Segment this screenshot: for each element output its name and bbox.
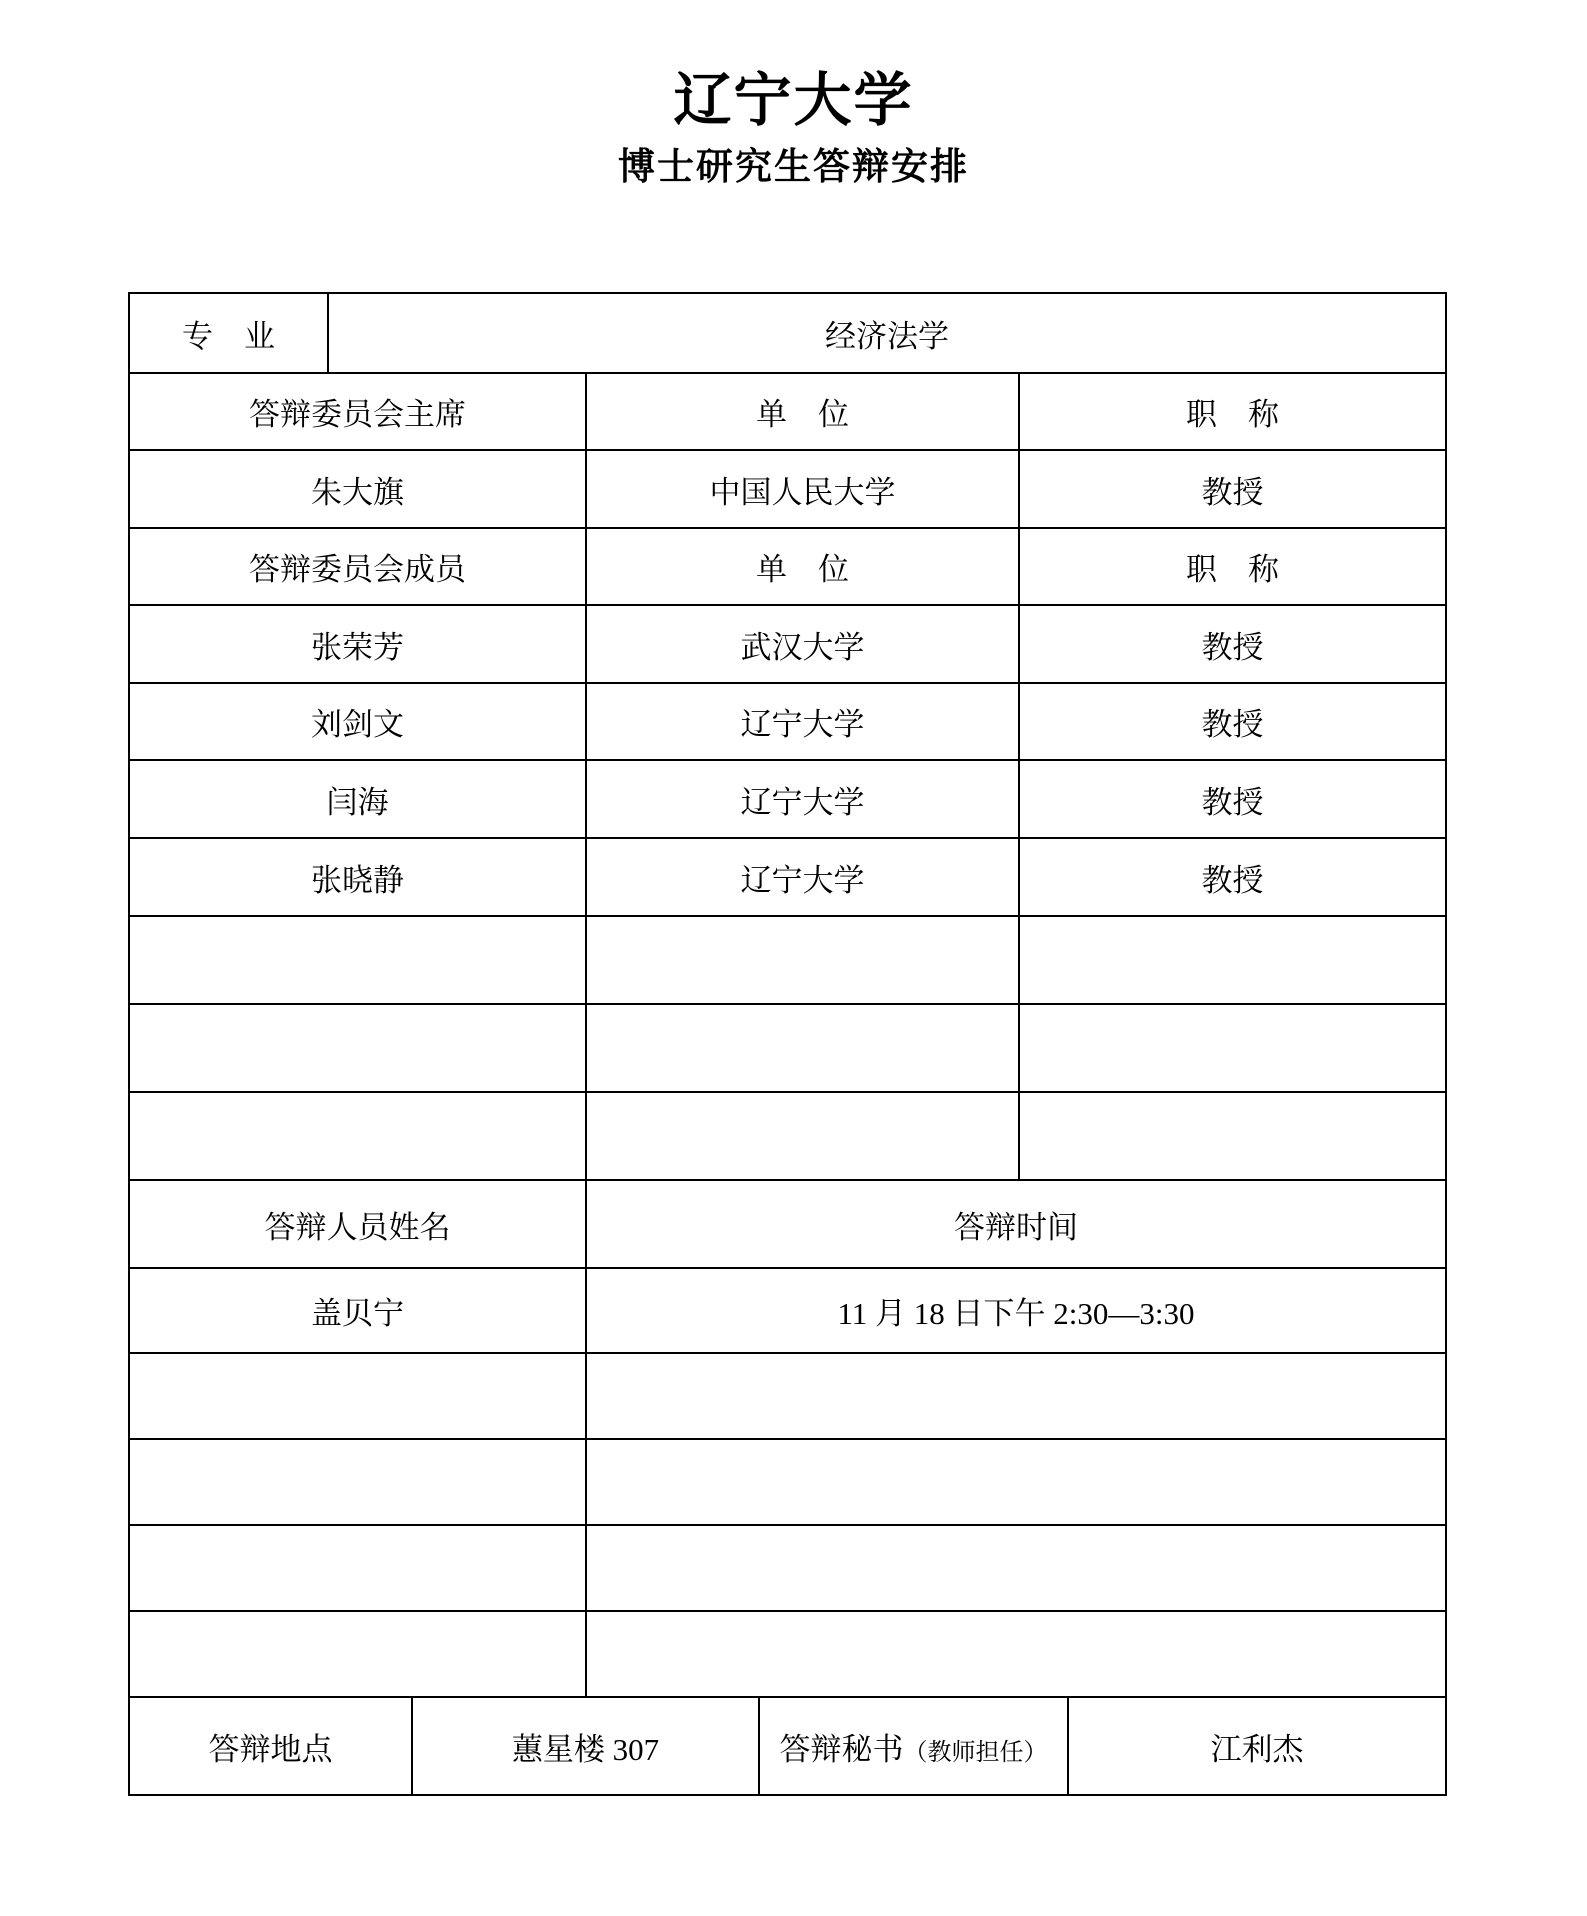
- member-unit-cell: [586, 916, 1019, 1004]
- member-title-cell: 教授: [1019, 760, 1446, 838]
- secretary-label: 答辩秘书: [780, 1732, 904, 1767]
- member-title-cell: [1019, 916, 1446, 1004]
- defense-header-time-cell: 答辩时间: [586, 1180, 1446, 1268]
- defense-header-name-cell: 答辩人员姓名: [129, 1180, 586, 1268]
- defense-time-cell: [586, 1611, 1446, 1697]
- defense-name-cell: 盖贝宁: [129, 1268, 586, 1353]
- member-name-cell: 闫海: [129, 760, 586, 838]
- defense-name-cell: [129, 1439, 586, 1525]
- member-row: 闫海 辽宁大学 教授: [129, 760, 1446, 838]
- defense-time-cell: [586, 1525, 1446, 1611]
- member-unit-cell: 武汉大学: [586, 605, 1019, 683]
- defense-row-empty: [129, 1353, 1446, 1439]
- member-row-empty: [129, 1004, 1446, 1092]
- member-name-cell: 刘剑文: [129, 683, 586, 760]
- defense-time-cell: 11 月 18 日下午 2:30—3:30: [586, 1268, 1446, 1353]
- secretary-label-cell: 答辩秘书（教师担任）: [759, 1697, 1068, 1795]
- defense-name-cell: [129, 1611, 586, 1697]
- member-unit-cell: 辽宁大学: [586, 760, 1019, 838]
- chair-name-cell: 朱大旗: [129, 450, 586, 528]
- footer-row: 答辩地点 蕙星楼 307 答辩秘书（教师担任） 江利杰: [129, 1697, 1446, 1795]
- major-label-cell: 专 业: [129, 293, 328, 373]
- member-header-name-cell: 答辩委员会成员: [129, 528, 586, 605]
- defense-name-cell: [129, 1525, 586, 1611]
- member-name-cell: 张晓静: [129, 838, 586, 916]
- major-row: 专 业 经济法学: [129, 293, 1446, 373]
- member-title-cell: [1019, 1092, 1446, 1180]
- member-unit-cell: [586, 1092, 1019, 1180]
- chair-header-row: 答辩委员会主席 单 位 职 称: [129, 373, 1446, 450]
- defense-name-cell: [129, 1353, 586, 1439]
- defense-time-cell: [586, 1353, 1446, 1439]
- page-title: 辽宁大学: [0, 68, 1587, 135]
- member-row-empty: [129, 1092, 1446, 1180]
- member-title-cell: 教授: [1019, 838, 1446, 916]
- member-header-title-cell: 职 称: [1019, 528, 1446, 605]
- defense-row: 盖贝宁 11 月 18 日下午 2:30—3:30: [129, 1268, 1446, 1353]
- member-name-cell: [129, 1004, 586, 1092]
- member-row: 刘剑文 辽宁大学 教授: [129, 683, 1446, 760]
- defense-time-cell: [586, 1439, 1446, 1525]
- member-name-cell: [129, 916, 586, 1004]
- chair-unit-cell: 中国人民大学: [586, 450, 1019, 528]
- member-unit-cell: 辽宁大学: [586, 838, 1019, 916]
- member-header-row: 答辩委员会成员 单 位 职 称: [129, 528, 1446, 605]
- member-title-cell: [1019, 1004, 1446, 1092]
- defense-header-row: 答辩人员姓名 答辩时间: [129, 1180, 1446, 1268]
- member-title-cell: 教授: [1019, 683, 1446, 760]
- chair-header-unit-cell: 单 位: [586, 373, 1019, 450]
- member-row: 张荣芳 武汉大学 教授: [129, 605, 1446, 683]
- secretary-sublabel: （教师担任）: [904, 1740, 1048, 1766]
- chair-header-name-cell: 答辩委员会主席: [129, 373, 586, 450]
- member-name-cell: [129, 1092, 586, 1180]
- chair-row: 朱大旗 中国人民大学 教授: [129, 450, 1446, 528]
- chair-title-cell: 教授: [1019, 450, 1446, 528]
- member-unit-cell: [586, 1004, 1019, 1092]
- location-value-cell: 蕙星楼 307: [412, 1697, 759, 1795]
- member-row: 张晓静 辽宁大学 教授: [129, 838, 1446, 916]
- page-subtitle: 博士研究生答辩安排: [0, 145, 1587, 189]
- member-unit-cell: 辽宁大学: [586, 683, 1019, 760]
- defense-arrangement-table: 专 业 经济法学 答辩委员会主席 单 位 职 称 朱大旗 中国人民大学 教授 答…: [128, 292, 1447, 1796]
- defense-row-empty: [129, 1439, 1446, 1525]
- member-row-empty: [129, 916, 1446, 1004]
- defense-row-empty: [129, 1611, 1446, 1697]
- defense-row-empty: [129, 1525, 1446, 1611]
- location-label-cell: 答辩地点: [129, 1697, 412, 1795]
- secretary-value-cell: 江利杰: [1068, 1697, 1446, 1795]
- document-header: 辽宁大学 博士研究生答辩安排: [0, 68, 1587, 189]
- major-value-cell: 经济法学: [328, 293, 1446, 373]
- member-name-cell: 张荣芳: [129, 605, 586, 683]
- member-header-unit-cell: 单 位: [586, 528, 1019, 605]
- member-title-cell: 教授: [1019, 605, 1446, 683]
- chair-header-title-cell: 职 称: [1019, 373, 1446, 450]
